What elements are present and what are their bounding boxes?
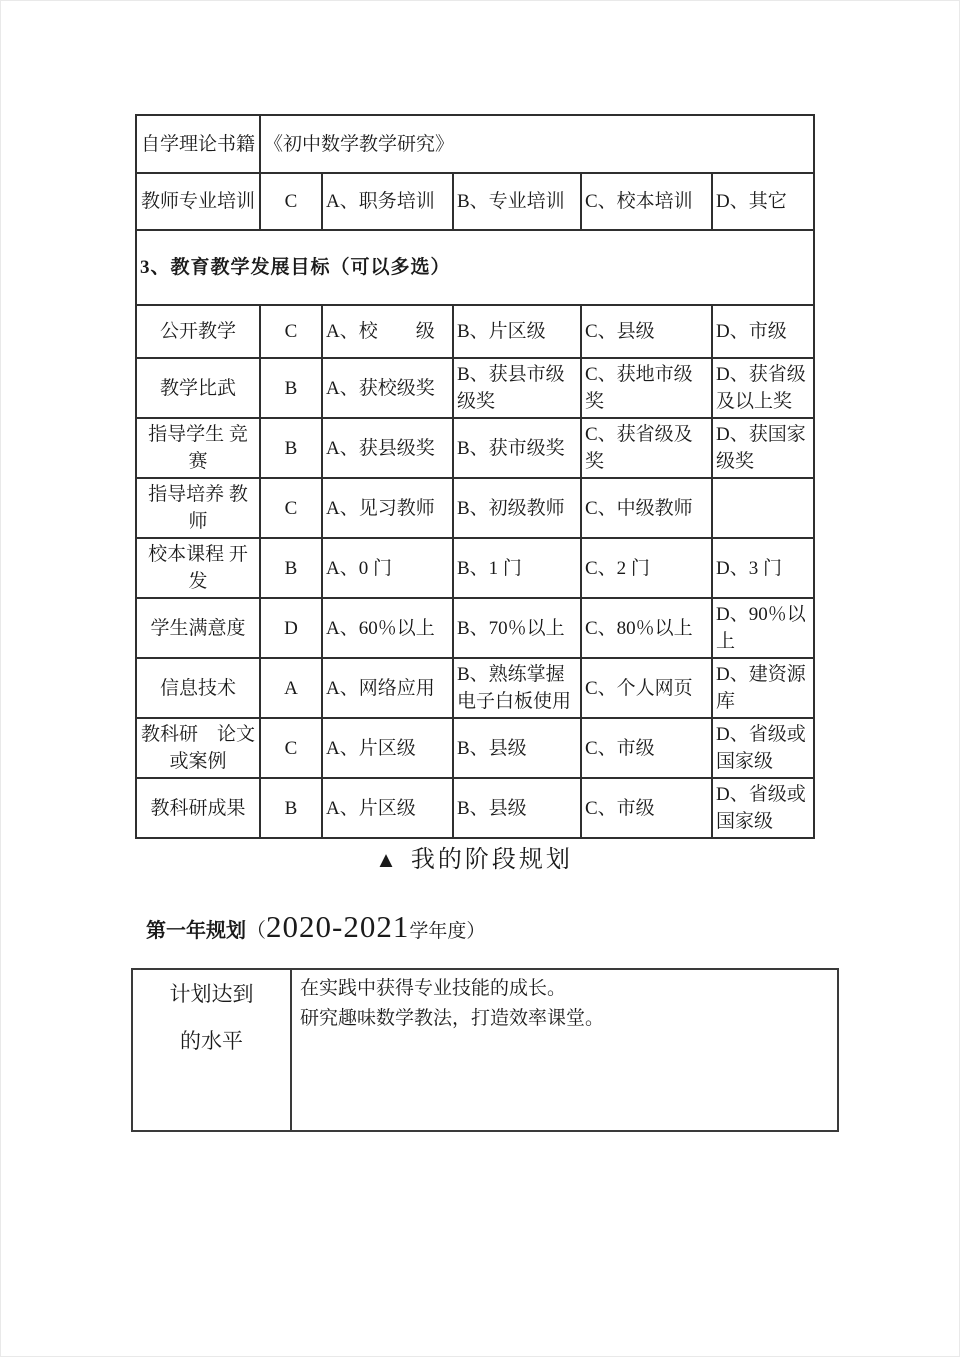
row-label-information-technology: 信息技术 bbox=[136, 658, 260, 718]
table-row: 教科研 论文或案例 C A、片区级 B、县级 C、市级 D、省级或国家级 bbox=[136, 718, 814, 778]
option-c-cell: C、个人网页 bbox=[581, 658, 712, 718]
option-a-cell: A、60％以上 bbox=[322, 598, 453, 658]
option-b-cell: B、县级 bbox=[453, 718, 581, 778]
answer-cell: C bbox=[260, 478, 322, 538]
option-d-cell: D、其它 bbox=[712, 173, 814, 230]
open-paren: （ bbox=[246, 914, 266, 943]
option-b-cell: B、片区级 bbox=[453, 305, 581, 358]
answer-cell: A bbox=[260, 658, 322, 718]
option-b-cell: B、熟练掌握电子白板使用 bbox=[453, 658, 581, 718]
option-d-cell: D、建资源库 bbox=[712, 658, 814, 718]
option-d-cell: D、获省级及以上奖 bbox=[712, 358, 814, 418]
option-c-cell: C、校本培训 bbox=[581, 173, 712, 230]
table-row: 教科研成果 B A、片区级 B、县级 C、市级 D、省级或国家级 bbox=[136, 778, 814, 838]
option-d-cell: D、市级 bbox=[712, 305, 814, 358]
self-study-book-title: 《初中数学教学研究》 bbox=[260, 115, 814, 173]
first-year-plan-title: 第一年规划 bbox=[146, 914, 246, 943]
option-b-cell: B、获县市级级奖 bbox=[453, 358, 581, 418]
answer-cell: D bbox=[260, 598, 322, 658]
option-b-cell: B、70％以上 bbox=[453, 598, 581, 658]
plan-level-label-cell: 计划达到 的水平 bbox=[132, 969, 291, 1131]
option-c-cell: C、中级教师 bbox=[581, 478, 712, 538]
option-c-cell: C、市级 bbox=[581, 778, 712, 838]
option-d-cell: D、90％以上 bbox=[712, 598, 814, 658]
row-label-research-results: 教科研成果 bbox=[136, 778, 260, 838]
plan-label-line2: 的水平 bbox=[134, 1018, 289, 1065]
table-row: 指导培养 教师 C A、见习教师 B、初级教师 C、中级教师 bbox=[136, 478, 814, 538]
plan-content-line2: 研究趣味数学教法，打造效率课堂。 bbox=[300, 1004, 829, 1034]
row-label-open-teaching: 公开教学 bbox=[136, 305, 260, 358]
development-survey-table: 自学理论书籍 《初中数学教学研究》 教师专业培训 C A、职务培训 B、专业培训… bbox=[135, 114, 815, 839]
option-a-cell: A、校 级 bbox=[322, 305, 453, 358]
document-page: 自学理论书籍 《初中数学教学研究》 教师专业培训 C A、职务培训 B、专业培训… bbox=[0, 0, 960, 1357]
row-label-mentor-teachers: 指导培养 教师 bbox=[136, 478, 260, 538]
option-a-cell: A、片区级 bbox=[322, 718, 453, 778]
table-row: 信息技术 A A、网络应用 B、熟练掌握电子白板使用 C、个人网页 D、建资源库 bbox=[136, 658, 814, 718]
table-row: 校本课程 开发 B A、0 门 B、1 门 C、2 门 D、3 门 bbox=[136, 538, 814, 598]
plan-content-cell: 在实践中获得专业技能的成长。 研究趣味数学教法，打造效率课堂。 bbox=[291, 969, 838, 1131]
option-a-cell: A、获校级奖 bbox=[322, 358, 453, 418]
row-label-teaching-contest: 教学比武 bbox=[136, 358, 260, 418]
option-d-cell: D、省级或国家级 bbox=[712, 778, 814, 838]
table-row: 指导学生 竞赛 B A、获县级奖 B、获市级奖 C、获省级及奖 D、获国家级奖 bbox=[136, 418, 814, 478]
table-row: 公开教学 C A、校 级 B、片区级 C、县级 D、市级 bbox=[136, 305, 814, 358]
row-label-self-study-books: 自学理论书籍 bbox=[136, 115, 260, 173]
option-a-cell: A、片区级 bbox=[322, 778, 453, 838]
option-a-cell: A、见习教师 bbox=[322, 478, 453, 538]
option-b-cell: B、县级 bbox=[453, 778, 581, 838]
answer-cell: C bbox=[260, 305, 322, 358]
table-row: 自学理论书籍 《初中数学教学研究》 bbox=[136, 115, 814, 173]
answer-cell: C bbox=[260, 718, 322, 778]
section-heading-row: 3、教育教学发展目标（可以多选） bbox=[136, 230, 814, 305]
row-label-guide-student-contest: 指导学生 竞赛 bbox=[136, 418, 260, 478]
option-c-cell: C、获省级及奖 bbox=[581, 418, 712, 478]
option-b-cell: B、初级教师 bbox=[453, 478, 581, 538]
option-d-cell: D、获国家级奖 bbox=[712, 418, 814, 478]
row-label-teacher-training: 教师专业培训 bbox=[136, 173, 260, 230]
stage-plan-heading: ▲我的阶段规划 bbox=[135, 844, 813, 876]
stage-plan-heading-text: 我的阶段规划 bbox=[411, 847, 573, 873]
black-triangle-icon: ▲ bbox=[375, 847, 397, 872]
option-c-cell: C、2 门 bbox=[581, 538, 712, 598]
option-a-cell: A、获县级奖 bbox=[322, 418, 453, 478]
plan-label-line1: 计划达到 bbox=[134, 971, 289, 1018]
row-label-school-curriculum: 校本课程 开发 bbox=[136, 538, 260, 598]
plan-content-line1: 在实践中获得专业技能的成长。 bbox=[300, 974, 829, 1004]
school-year-suffix: 学年度） bbox=[409, 916, 485, 943]
section-heading-development-goals: 3、教育教学发展目标（可以多选） bbox=[136, 230, 814, 305]
option-b-cell: B、1 门 bbox=[453, 538, 581, 598]
school-year-range: 2020-2021 bbox=[266, 909, 409, 945]
table-row: 计划达到 的水平 在实践中获得专业技能的成长。 研究趣味数学教法，打造效率课堂。 bbox=[132, 969, 838, 1131]
option-d-cell-empty bbox=[712, 478, 814, 538]
first-year-plan-table: 计划达到 的水平 在实践中获得专业技能的成长。 研究趣味数学教法，打造效率课堂。 bbox=[131, 968, 839, 1132]
option-b-cell: B、获市级奖 bbox=[453, 418, 581, 478]
answer-cell: B bbox=[260, 418, 322, 478]
answer-cell: C bbox=[260, 173, 322, 230]
row-label-student-satisfaction: 学生满意度 bbox=[136, 598, 260, 658]
option-d-cell: D、3 门 bbox=[712, 538, 814, 598]
table-row: 教师专业培训 C A、职务培训 B、专业培训 C、校本培训 D、其它 bbox=[136, 173, 814, 230]
row-label-research-papers: 教科研 论文或案例 bbox=[136, 718, 260, 778]
answer-cell: B bbox=[260, 778, 322, 838]
option-c-cell: C、市级 bbox=[581, 718, 712, 778]
option-d-cell: D、省级或国家级 bbox=[712, 718, 814, 778]
answer-cell: B bbox=[260, 358, 322, 418]
option-a-cell: A、网络应用 bbox=[322, 658, 453, 718]
option-c-cell: C、80％以上 bbox=[581, 598, 712, 658]
first-year-plan-line: 第一年规划 （ 2020-2021 学年度） bbox=[146, 909, 485, 945]
table-row: 学生满意度 D A、60％以上 B、70％以上 C、80％以上 D、90％以上 bbox=[136, 598, 814, 658]
table-row: 教学比武 B A、获校级奖 B、获县市级级奖 C、获地市级奖 D、获省级及以上奖 bbox=[136, 358, 814, 418]
option-a-cell: A、职务培训 bbox=[322, 173, 453, 230]
answer-cell: B bbox=[260, 538, 322, 598]
option-a-cell: A、0 门 bbox=[322, 538, 453, 598]
option-c-cell: C、获地市级奖 bbox=[581, 358, 712, 418]
option-b-cell: B、专业培训 bbox=[453, 173, 581, 230]
option-c-cell: C、县级 bbox=[581, 305, 712, 358]
